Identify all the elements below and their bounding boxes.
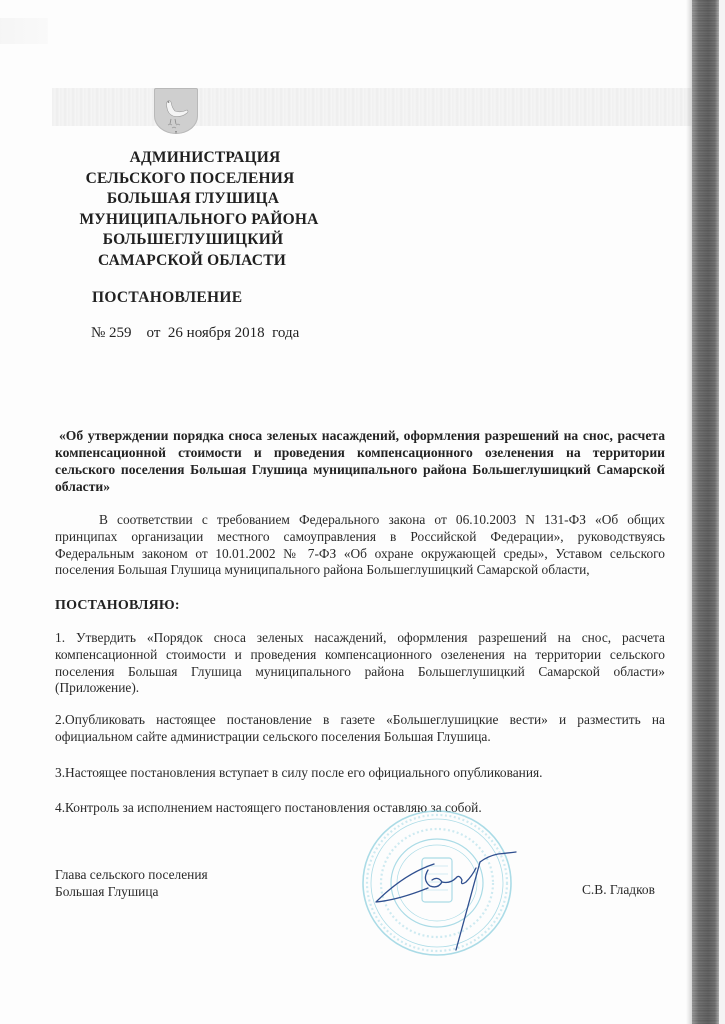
org-line: СЕЛЬСКОГО ПОСЕЛЕНИЯ (40, 169, 340, 190)
org-line: БОЛЬШАЯ ГЛУШИЦА (40, 189, 340, 210)
document-number-date: № 259 от 26 ноября 2018 года (91, 325, 299, 342)
resolution-item-2: 2.Опубликовать настоящее постановление в… (55, 712, 665, 746)
org-line: БОЛЬШЕГЛУШИЦКИЙ (40, 230, 340, 251)
org-line: МУНИЦИПАЛЬНОГО РАЙОНА (40, 210, 340, 231)
document-title: «Об утверждении порядка сноса зеленых на… (55, 427, 665, 495)
org-line: САМАРСКОЙ ОБЛАСТИ (40, 251, 340, 272)
signatory-position: Глава сельского поселения Большая Глушиц… (55, 866, 208, 900)
organization-header: АДМИНИСТРАЦИЯ СЕЛЬСКОГО ПОСЕЛЕНИЯ БОЛЬША… (40, 148, 340, 271)
header-scan-band (52, 88, 692, 126)
scanner-shadow-edge (692, 0, 719, 1024)
handwritten-signature-icon (372, 848, 542, 958)
position-line-2: Большая Глушица (55, 883, 208, 900)
coat-of-arms-icon (154, 88, 198, 134)
preamble-paragraph: В соответствии с требованием Федеральног… (55, 512, 665, 579)
scan-artifact (0, 18, 48, 44)
position-line-1: Глава сельского поселения (55, 866, 208, 883)
org-line: АДМИНИСТРАЦИЯ (40, 148, 340, 169)
resolve-heading: ПОСТАНОВЛЯЮ: (55, 598, 180, 614)
signatory-name: С.В. Гладков (582, 882, 655, 898)
document-page: АДМИНИСТРАЦИЯ СЕЛЬСКОГО ПОСЕЛЕНИЯ БОЛЬША… (0, 0, 725, 1024)
right-margin (719, 0, 725, 1024)
document-type: ПОСТАНОВЛЕНИЕ (92, 289, 242, 307)
title-text: «Об утверждении порядка сноса зеленых на… (55, 427, 665, 495)
resolution-item-1: 1. Утвердить «Порядок сноса зеленых наса… (55, 630, 665, 697)
resolution-item-3: 3.Настоящее постановления вступает в сил… (55, 765, 665, 782)
